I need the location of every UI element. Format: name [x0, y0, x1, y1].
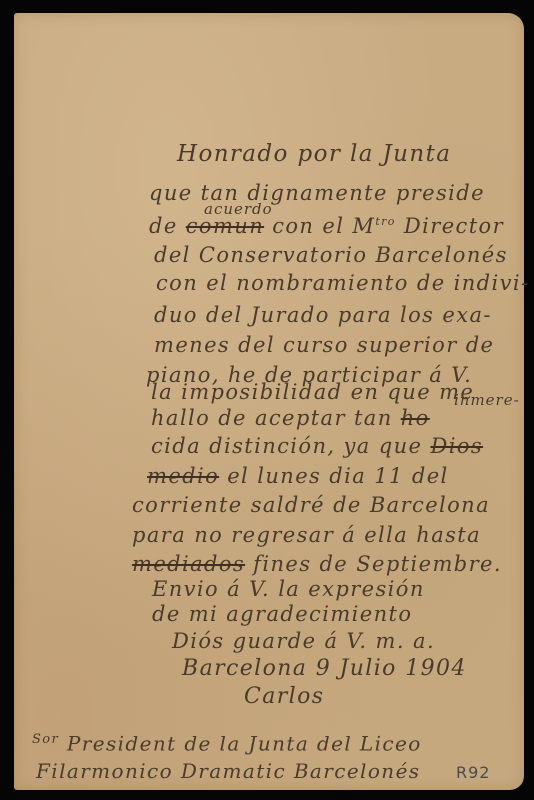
salutation: Sor — [32, 732, 59, 747]
letter-line: menes del curso superior de — [154, 335, 494, 356]
archive-reference: R92 — [456, 763, 490, 782]
letter-line: mediados fines de Septiembre. — [132, 554, 502, 575]
letter-line: con el nombramiento de indivi- — [156, 273, 529, 294]
line-text: Director — [396, 214, 504, 238]
letter-line: Envio á V. la expresión — [152, 579, 425, 600]
letter-line: corriente saldré de Barcelona — [132, 495, 490, 516]
interlinear-insertion: inmere- — [454, 391, 520, 409]
line-text: fines de Septiembre. — [245, 552, 502, 576]
struck-text: comun — [186, 214, 264, 238]
letter-line: del Conservatorio Barcelonés — [154, 245, 508, 266]
struck-text: Dios — [430, 434, 483, 458]
letter-line: Honrado por la Junta — [177, 143, 451, 166]
letter-line: de mi agradecimiento — [152, 604, 412, 625]
struck-text: medio — [147, 464, 219, 488]
struck-text: ho — [401, 406, 430, 430]
address-line: Sor President de la Junta del Liceo — [32, 733, 422, 754]
letter-line: Diós guarde á V. m. a. — [172, 631, 435, 652]
line-text: de — [149, 214, 186, 238]
line-text: cida distinción, ya que — [151, 434, 430, 458]
letter-line: cida distinción, ya que Dios — [151, 436, 483, 457]
letter-line: medio el lunes dia 11 del — [147, 466, 449, 487]
line-text: hallo de aceptar tan — [151, 406, 401, 430]
letter-line: para no regresar á ella hasta — [132, 525, 481, 546]
letter-line: la imposibilidad en que me — [151, 382, 474, 403]
struck-text: mediados — [132, 552, 245, 576]
letter-line: duo del Jurado para los exa- — [154, 305, 492, 326]
superscript-text: tro — [375, 215, 396, 228]
signature: Carlos — [244, 686, 324, 708]
letter-date: Barcelona 9 Julio 1904 — [182, 658, 467, 680]
address-line: Filarmonico Dramatic Barcelonés — [36, 761, 420, 781]
letter-line: que tan dignamente preside — [149, 183, 485, 204]
letter-line: de comun con el Mtro Director — [149, 216, 504, 237]
letter-line: hallo de aceptar tan ho — [151, 408, 430, 429]
address-text: President de la Junta del Liceo — [67, 732, 422, 756]
line-text: con el M — [264, 214, 375, 238]
letter-paper: Honrado por la Junta que tan dignamente … — [14, 13, 524, 790]
line-text: el lunes dia 11 del — [219, 464, 448, 488]
